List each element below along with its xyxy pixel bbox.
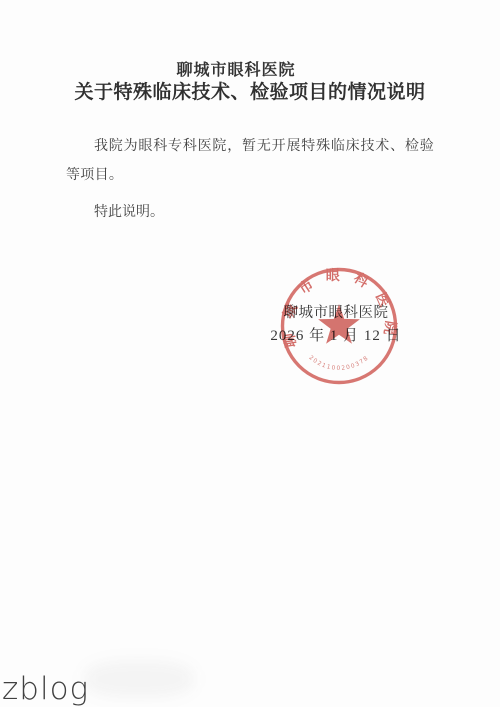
- scan-artifact: [84, 660, 194, 698]
- zblog-logo: zblog: [2, 671, 89, 707]
- signature-organization: 聊城市眼科医院: [230, 302, 442, 324]
- seal-serial-number: 2021100200378: [307, 355, 370, 372]
- scanned-document-page: 聊城市眼科医院 关于特殊临床技术、检验项目的情况说明 我院为眼科专科医院，暂无开…: [0, 0, 500, 707]
- signature-date: 2026 年 1 月 12 日: [230, 325, 442, 347]
- signature-block: 聊城市眼科医院 2026 年 1 月 12 日: [230, 302, 442, 347]
- document-paragraph-main: 我院为眼科专科医院，暂无开展特殊临床技术、检验等项目。: [66, 133, 434, 190]
- document-paragraph-closing: 特此说明。: [66, 199, 434, 228]
- document-title-subject: 关于特殊临床技术、检验项目的情况说明: [0, 77, 500, 104]
